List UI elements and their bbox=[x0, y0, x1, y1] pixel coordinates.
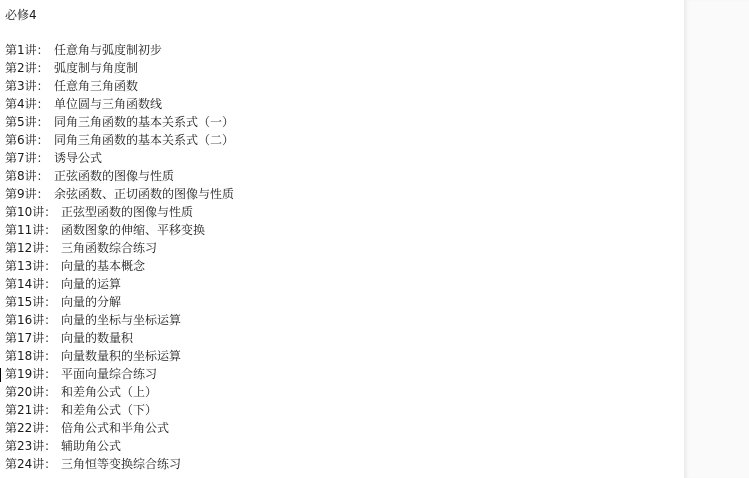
lesson-number: 第11讲： bbox=[5, 221, 61, 239]
lesson-topic: 同角三角函数的基本关系式（二） bbox=[54, 131, 234, 149]
lesson-topic: 弧度制与角度制 bbox=[54, 59, 138, 77]
lesson-number: 第17讲： bbox=[5, 329, 61, 347]
lesson-list: 第1讲：任意角与弧度制初步 第2讲：弧度制与角度制 第3讲：任意角三角函数 第4… bbox=[5, 41, 234, 473]
lesson-number: 第21讲： bbox=[5, 401, 61, 419]
lesson-item: 第14讲：向量的运算 bbox=[5, 275, 234, 293]
lesson-number: 第16讲： bbox=[5, 311, 61, 329]
lesson-number: 第7讲： bbox=[5, 149, 54, 167]
lesson-topic: 辅助角公式 bbox=[61, 437, 121, 455]
lesson-number: 第14讲： bbox=[5, 275, 61, 293]
lesson-item: 第1讲：任意角与弧度制初步 bbox=[5, 41, 234, 59]
lesson-number: 第1讲： bbox=[5, 41, 54, 59]
lesson-item: 第4讲：单位圆与三角函数线 bbox=[5, 95, 234, 113]
lesson-topic: 和差角公式（下） bbox=[61, 401, 157, 419]
lesson-item: 第6讲：同角三角函数的基本关系式（二） bbox=[5, 131, 234, 149]
lesson-item: 第8讲：正弦函数的图像与性质 bbox=[5, 167, 234, 185]
lesson-number: 第5讲： bbox=[5, 113, 54, 131]
lesson-number: 第24讲： bbox=[5, 455, 61, 473]
lesson-topic: 平面向量综合练习 bbox=[61, 365, 157, 383]
lesson-item: 第24讲：三角恒等变换综合练习 bbox=[5, 455, 234, 473]
lesson-topic: 向量的基本概念 bbox=[61, 257, 145, 275]
lesson-topic: 三角恒等变换综合练习 bbox=[61, 455, 181, 473]
lesson-number: 第23讲： bbox=[5, 437, 61, 455]
lesson-number: 第4讲： bbox=[5, 95, 54, 113]
lesson-topic: 正弦型函数的图像与性质 bbox=[61, 203, 193, 221]
lesson-item: 第5讲：同角三角函数的基本关系式（一） bbox=[5, 113, 234, 131]
lesson-number: 第10讲： bbox=[5, 203, 61, 221]
lesson-topic: 和差角公式（上） bbox=[61, 383, 157, 401]
text-cursor bbox=[0, 368, 1, 382]
lesson-number: 第15讲： bbox=[5, 293, 61, 311]
lesson-item: 第19讲：平面向量综合练习 bbox=[5, 365, 234, 383]
lesson-topic: 向量的分解 bbox=[61, 293, 121, 311]
lesson-number: 第18讲： bbox=[5, 347, 61, 365]
lesson-number: 第19讲： bbox=[5, 365, 61, 383]
lesson-topic: 三角函数综合练习 bbox=[61, 239, 157, 257]
lesson-topic: 函数图象的伸缩、平移变换 bbox=[61, 221, 205, 239]
lesson-number: 第8讲： bbox=[5, 167, 54, 185]
lesson-topic: 向量的运算 bbox=[61, 275, 121, 293]
lesson-item: 第13讲：向量的基本概念 bbox=[5, 257, 234, 275]
lesson-number: 第12讲： bbox=[5, 239, 61, 257]
lesson-number: 第3讲： bbox=[5, 77, 54, 95]
lesson-item: 第9讲：余弦函数、正切函数的图像与性质 bbox=[5, 185, 234, 203]
lesson-topic: 向量的坐标与坐标运算 bbox=[61, 311, 181, 329]
lesson-number: 第13讲： bbox=[5, 257, 61, 275]
lesson-item: 第12讲：三角函数综合练习 bbox=[5, 239, 234, 257]
page: 必修4 第1讲：任意角与弧度制初步 第2讲：弧度制与角度制 第3讲：任意角三角函… bbox=[0, 0, 749, 478]
lesson-number: 第20讲： bbox=[5, 383, 61, 401]
lesson-number: 第6讲： bbox=[5, 131, 54, 149]
lesson-topic: 同角三角函数的基本关系式（一） bbox=[54, 113, 234, 131]
lesson-topic: 倍角公式和半角公式 bbox=[61, 419, 169, 437]
lesson-item: 第21讲：和差角公式（下） bbox=[5, 401, 234, 419]
side-panel bbox=[684, 0, 749, 478]
document-body[interactable]: 必修4 第1讲：任意角与弧度制初步 第2讲：弧度制与角度制 第3讲：任意角三角函… bbox=[0, 0, 684, 478]
lesson-topic: 任意角三角函数 bbox=[54, 77, 138, 95]
lesson-item: 第23讲：辅助角公式 bbox=[5, 437, 234, 455]
document-title: 必修4 bbox=[5, 6, 37, 24]
lesson-topic: 诱导公式 bbox=[54, 149, 102, 167]
lesson-number: 第22讲： bbox=[5, 419, 61, 437]
lesson-number: 第2讲： bbox=[5, 59, 54, 77]
lesson-item: 第2讲：弧度制与角度制 bbox=[5, 59, 234, 77]
lesson-topic: 单位圆与三角函数线 bbox=[54, 95, 162, 113]
lesson-item: 第18讲：向量数量积的坐标运算 bbox=[5, 347, 234, 365]
lesson-topic: 向量数量积的坐标运算 bbox=[61, 347, 181, 365]
lesson-item: 第22讲：倍角公式和半角公式 bbox=[5, 419, 234, 437]
lesson-item: 第17讲：向量的数量积 bbox=[5, 329, 234, 347]
lesson-item: 第11讲：函数图象的伸缩、平移变换 bbox=[5, 221, 234, 239]
lesson-topic: 任意角与弧度制初步 bbox=[54, 41, 162, 59]
lesson-item: 第3讲：任意角三角函数 bbox=[5, 77, 234, 95]
lesson-topic: 正弦函数的图像与性质 bbox=[54, 167, 174, 185]
lesson-topic: 余弦函数、正切函数的图像与性质 bbox=[54, 185, 234, 203]
lesson-item: 第16讲：向量的坐标与坐标运算 bbox=[5, 311, 234, 329]
lesson-item: 第7讲：诱导公式 bbox=[5, 149, 234, 167]
lesson-item: 第20讲：和差角公式（上） bbox=[5, 383, 234, 401]
lesson-item: 第15讲：向量的分解 bbox=[5, 293, 234, 311]
lesson-item: 第10讲：正弦型函数的图像与性质 bbox=[5, 203, 234, 221]
lesson-topic: 向量的数量积 bbox=[61, 329, 133, 347]
lesson-number: 第9讲： bbox=[5, 185, 54, 203]
